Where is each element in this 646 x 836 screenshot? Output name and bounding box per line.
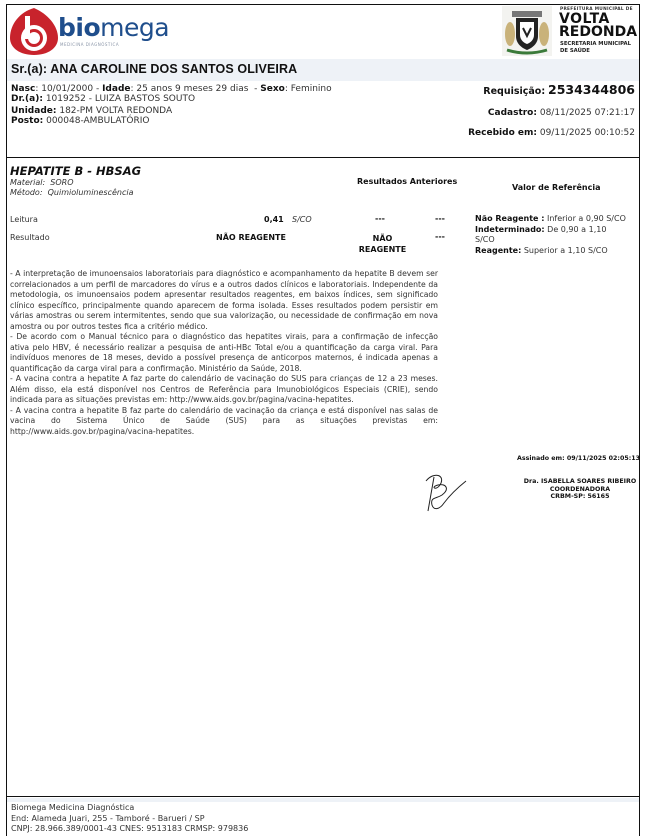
post: 000048-AMBULATÓRIO [46,116,149,126]
signature-image [416,465,470,519]
row-prev1-resultado: NÃO REAGENTE [355,233,410,255]
signer-name: Dra. ISABELLA SOARES RIBEIRO [520,478,640,486]
previous-results-header: Resultados Anteriores [357,177,457,186]
biomega-logo: biomega MEDICINA DIAGNÓSTICA [8,6,308,56]
row-label-resultado: Resultado [10,233,50,242]
birth-date: 10/01/2000 [41,84,93,94]
row-prev2-resultado: --- [435,232,445,241]
patient-name: Sr.(a): ANA CAROLINE DOS SANTOS OLIVEIRA [11,62,297,76]
unit: 182-PM VOLTA REDONDA [59,106,172,116]
pref-line4: SECRETARIA MUNICIPAL [560,41,631,47]
note-4: - A vacina contra a hepatite B faz parte… [10,406,438,438]
exam-notes: - A interpretação de imunoensaios labora… [10,269,438,437]
section-divider [7,157,639,158]
reference-values: Não Reagente : Inferior a 0,90 S/CO Inde… [475,214,641,256]
doctor: 1019252 - LUIZA BASTOS SOUTO [46,94,195,104]
row-prev1-leitura: --- [375,214,385,223]
row-prev2-leitura: --- [435,214,445,223]
patient-info: Nasc: 10/01/2000 - Idade: 25 anos 9 mese… [11,84,332,126]
sex: Feminino [291,84,332,94]
note-3: - A vacina contra a hepatite A faz parte… [10,374,438,406]
exam-title: HEPATITE B - HBSAG [10,164,141,178]
note-1: - A interpretação de imunoensaios labora… [10,269,438,332]
signer-registry: CRBM-SP: 56165 [520,493,640,501]
signed-at: Assinado em: 09/11/2025 02:05:13 [517,455,640,462]
reference-header: Valor de Referência [512,183,601,192]
footer-company: Biomega Medicina Diagnóstica [11,803,248,814]
footer-bar [7,798,639,802]
brand-light: mega [100,13,169,42]
request-number: Requisição: 2534344806 [483,82,635,97]
brand-bold: bio [58,13,100,42]
registered-date: Cadastro: 08/11/2025 07:21:17 [488,108,635,118]
ref-reagente: Reagente: Superior a 1,10 S/CO [475,246,641,257]
received-date: Recebido em: 09/11/2025 00:10:52 [468,128,635,138]
note-2: - De acordo com o Manual técnico para o … [10,332,438,374]
footer-divider [7,796,639,797]
patient-name-bar: Sr.(a): ANA CAROLINE DOS SANTOS OLIVEIRA [7,59,639,81]
signer-role: COORDENADORA [520,486,640,494]
row-value-resultado: NÃO REAGENTE [216,233,286,242]
exam-method: Método: Quimioluminescência [10,188,134,197]
biomega-drop-icon [8,6,60,56]
signer-info: Dra. ISABELLA SOARES RIBEIRO COORDENADOR… [520,478,640,501]
ref-indeterminado: Indeterminado: De 0,90 a 1,10 S/CO [475,225,625,246]
pref-line3: REDONDA [559,25,637,39]
prefeitura-logo: PREFEITURA MUNICIPAL DE VOLTA REDONDA SE… [500,4,638,58]
row-unit-leitura: S/CO [292,215,312,224]
footer: Biomega Medicina Diagnóstica End: Alamed… [11,803,248,835]
row-label-leitura: Leitura [10,215,38,224]
footer-registry: CNPJ: 28.966.389/0001-43 CNES: 9513183 C… [11,824,248,835]
brand-tagline: MEDICINA DIAGNÓSTICA [60,42,119,47]
ref-nao-reagente: Não Reagente : Inferior a 0,90 S/CO [475,214,641,225]
footer-address: End: Alameda Juari, 255 - Tamboré - Baru… [11,814,248,825]
age: 25 anos 9 meses 29 dias [136,84,248,94]
pref-line5: DE SAÚDE [560,48,590,54]
exam-material: Material: SORO [10,178,74,187]
row-value-leitura: 0,41 [264,215,284,224]
coat-of-arms-icon [502,6,552,56]
